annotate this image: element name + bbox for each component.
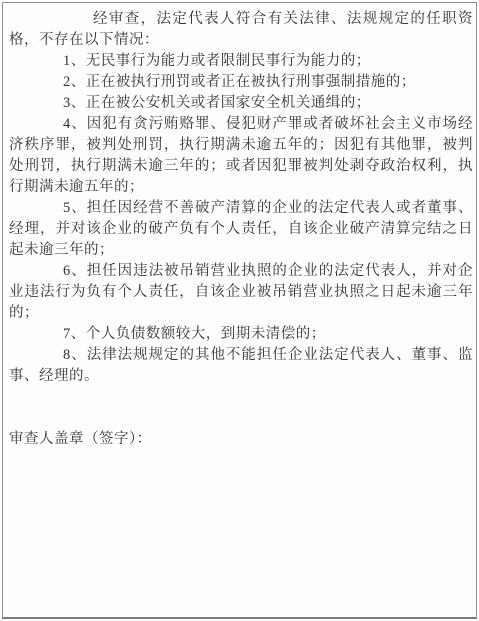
document-page: 经审查，法定代表人符合有关法律、法规规定的任职资格，不存在以下情况： 1、无民事… — [2, 2, 477, 619]
list-item-7: 7、个人负债数额较大，到期未清偿的； — [9, 324, 473, 345]
list-item-5: 5、担任因经营不善破产清算的企业的法定代表人或者董事、经理，并对该企业的破产负有… — [9, 198, 473, 261]
list-item-2: 2、正在被执行刑罚或者正在被执行刑事强制措施的； — [9, 72, 473, 93]
intro-paragraph: 经审查，法定代表人符合有关法律、法规规定的任职资格，不存在以下情况： — [9, 9, 473, 51]
list-item-3: 3、正在被公安机关或者国家安全机关通缉的； — [9, 93, 473, 114]
list-item-4: 4、因犯有贪污贿赂罪、侵犯财产罪或者破坏社会主义市场经济秩序罪，被判处刑罚，执行… — [9, 114, 473, 198]
signature-line: 审查人盖章（签字）： — [9, 429, 473, 450]
list-item-6: 6、担任因违法被吊销营业执照的企业的法定代表人，并对企业违法行为负有个人责任，自… — [9, 261, 473, 324]
list-item-8: 8、法律法规规定的其他不能担任企业法定代表人、董事、监事、经理的。 — [9, 345, 473, 387]
list-item-1: 1、无民事行为能力或者限制民事行为能力的； — [9, 51, 473, 72]
